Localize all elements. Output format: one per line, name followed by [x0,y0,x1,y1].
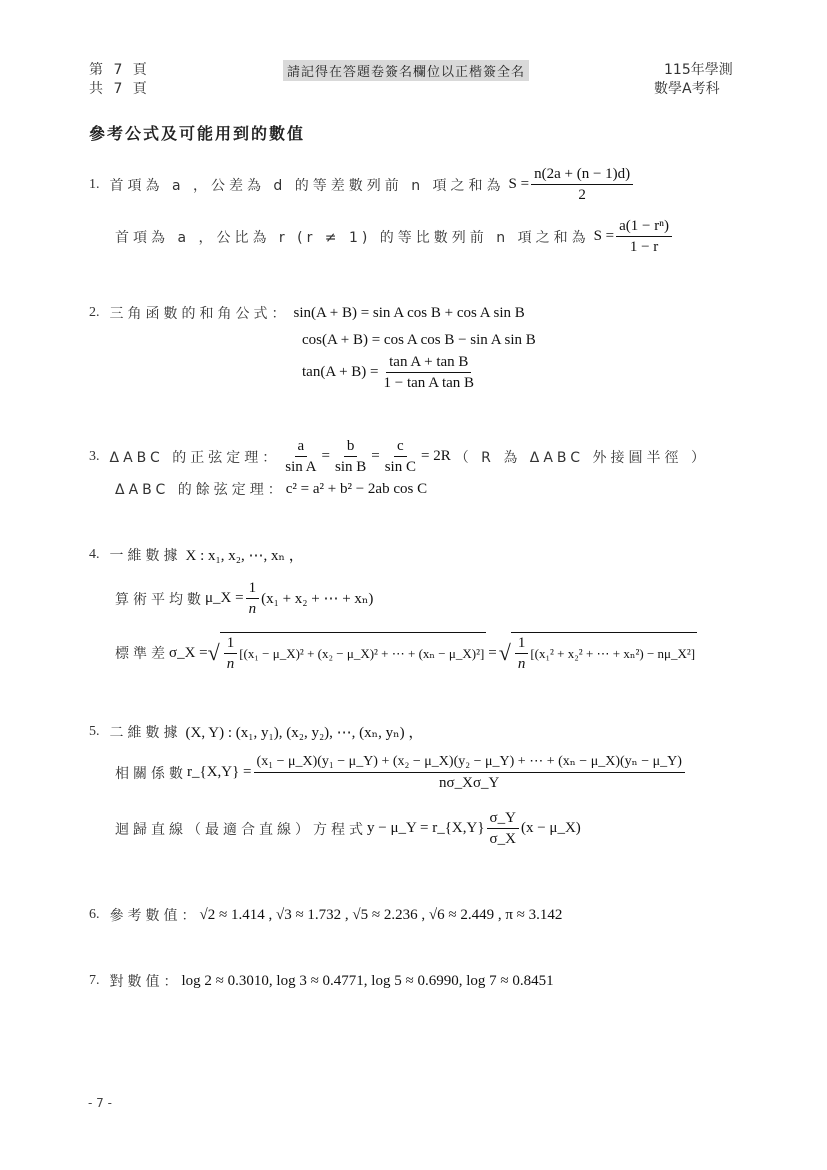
exam-year: 115年學測 [664,59,733,79]
formula-item-5: 5. 二維數據 (X, Y) : (x₁, y₁), (x₂, y₂), ⋯, … [89,721,423,742]
mean-formula: 算術平均數 μ_X = 1n (x₁ + x₂ + ⋯ + xₙ) [115,578,373,619]
arithmetic-sum-fraction: n(2a + (n − 1)d) 2 [531,164,633,205]
page-total: 共 7 頁 [89,78,150,98]
regression-formula: 迴歸直線（最適合直線）方程式 y − μ_Y = r_{X,Y} σ_Y σ_X… [115,808,581,849]
cosine-law-label: ΔABC 的餘弦定理： [115,479,286,499]
formula-item-1: 1. 首項為 a ，公差為 d 的等差數列前 n 項之和為 S = n(2a +… [89,164,635,205]
denominator: sin B [332,457,369,477]
formula-lhs: S = [594,228,615,245]
sine-rhs: = 2R [421,448,451,465]
numerator: tan A + tan B [386,352,471,373]
reference-values-label: 參考數值： [110,905,200,925]
mean-label: 算術平均數 [115,589,205,609]
item-number: 6. [89,907,100,923]
formula-item-4: 4. 一維數據 X : x₁, x₂, ⋯, xₙ ， [89,544,304,565]
item-number: 2. [89,305,100,321]
denominator: sin A [282,457,319,477]
cosine-law: ΔABC 的餘弦定理： c² = a² + b² − 2ab cos C [115,479,427,499]
circumradius-note: （ R 為 ΔABC 外接圓半徑 ） [455,447,709,467]
trig-sum-label: 三角函數的和角公式： [110,303,290,323]
numerator: n(2a + (n − 1)d) [531,164,633,185]
tan-lhs: tan(A + B) = [302,364,379,381]
formula-lhs: S = [509,176,530,193]
univariate-data-def: X : x₁, x₂, ⋯, xₙ ， [186,544,304,565]
correlation-formula: 相關係數 r_{X,Y} = (x₁ − μ_X)(y₁ − μ_Y) + (x… [115,752,687,793]
bivariate-label: 二維數據 [110,722,182,742]
correlation-lhs: r_{X,Y} = [187,764,252,781]
formula-item-2: 2. 三角函數的和角公式： sin(A + B) = sin A cos B +… [89,303,525,323]
sd-expression-1: [(x₁ − μ_X)² + (x₂ − μ_X)² + ⋯ + (xₙ − μ… [239,646,484,662]
bivariate-data-def: (X, Y) : (x₁, y₁), (x₂, y₂), ⋯, (xₙ, yₙ)… [186,721,424,742]
sqrt-expression-1: 1n [(x₁ − μ_X)² + (x₂ − μ_X)² + ⋯ + (xₙ … [220,632,487,674]
sine-fraction-b: b sin B [332,436,369,477]
regression-rhs: (x − μ_X) [521,820,581,837]
sin-sum-formula: sin(A + B) = sin A cos B + cos A sin B [294,305,525,322]
item-number: 3. [89,449,100,465]
page-marker: - 7 - [88,1096,112,1110]
sd-lhs: σ_X = [169,645,208,662]
item-number: 4. [89,547,100,563]
formula-item-6: 6. 參考數值： √2 ≈ 1.414 , √3 ≈ 1.732 , √5 ≈ … [89,905,562,925]
sd-label: 標準差 [115,643,169,663]
tan-sum-formula: tan(A + B) = tan A + tan B 1 − tan A tan… [302,352,479,393]
denominator: 1 − r [627,237,661,257]
formula-item-3: 3. ΔABC 的正弦定理： a sin A = b sin B = c sin… [89,436,709,477]
subject: 數學A考科 [654,78,720,98]
sine-fraction-c: c sin C [382,436,419,477]
reference-values: √2 ≈ 1.414 , √3 ≈ 1.732 , √5 ≈ 2.236 , √… [200,907,563,924]
regression-slope-fraction: σ_Y σ_X [487,808,519,849]
correlation-label: 相關係數 [115,763,187,783]
sine-law-label: ΔABC 的正弦定理： [110,447,281,467]
univariate-label: 一維數據 [110,545,182,565]
geometric-sum-fraction: a(1 − rⁿ) 1 − r [616,216,672,257]
cosine-law-formula: c² = a² + b² − 2ab cos C [286,481,427,498]
arithmetic-series-text: 首項為 a ，公差為 d 的等差數列前 n 項之和為 [110,175,505,195]
item-number: 5. [89,724,100,740]
denominator: 1 − tan A tan B [381,373,478,393]
correlation-fraction: (x₁ − μ_X)(y₁ − μ_Y) + (x₂ − μ_X)(y₂ − μ… [254,752,685,793]
numerator: b [344,436,358,457]
regression-lhs: y − μ_Y = r_{X,Y} [367,820,485,837]
formula-item-1-geometric: 首項為 a ，公比為 r (r ≠ 1) 的等比數列前 n 項之和為 S = a… [115,216,674,257]
item-number: 1. [89,177,100,193]
formula-item-7: 7. 對數值： log 2 ≈ 0.3010, log 3 ≈ 0.4771, … [89,971,554,991]
denominator: nσ_Xσ_Y [436,773,502,793]
item-number: 7. [89,973,100,989]
numerator: σ_Y [487,808,519,829]
sqrt-expression-2: 1n [(x₁² + x₂² + ⋯ + xₙ²) − nμ_X²] [511,632,697,674]
signature-notice: 請記得在答題卷簽名欄位以正楷簽全名 [283,60,529,81]
geometric-series-text: 首項為 a ，公比為 r (r ≠ 1) 的等比數列前 n 項之和為 [115,227,590,247]
sine-fraction-a: a sin A [282,436,319,477]
log-values: log 2 ≈ 0.3010, log 3 ≈ 0.4771, log 5 ≈ … [182,973,554,990]
page-current: 第 7 頁 [89,59,150,79]
mean-lhs: μ_X = [205,590,244,607]
denominator: sin C [382,457,419,477]
denominator: 2 [575,185,589,205]
sd-expression-2: [(x₁² + x₂² + ⋯ + xₙ²) − nμ_X²] [530,646,695,662]
regression-label: 迴歸直線（最適合直線）方程式 [115,819,367,839]
mean-rhs: (x₁ + x₂ + ⋯ + xₙ) [261,589,373,608]
numerator: a(1 − rⁿ) [616,216,672,237]
numerator: c [394,436,407,457]
log-values-label: 對數值： [110,971,182,991]
numerator: a [295,436,308,457]
denominator: σ_X [487,829,519,849]
page-title: 參考公式及可能用到的數值 [89,121,305,144]
tan-fraction: tan A + tan B 1 − tan A tan B [381,352,478,393]
cos-sum-formula: cos(A + B) = cos A cos B − sin A sin B [302,332,536,349]
sd-formula: 標準差 σ_X = √ 1n [(x₁ − μ_X)² + (x₂ − μ_X)… [115,632,697,674]
numerator: (x₁ − μ_X)(y₁ − μ_Y) + (x₂ − μ_X)(y₂ − μ… [254,752,685,773]
